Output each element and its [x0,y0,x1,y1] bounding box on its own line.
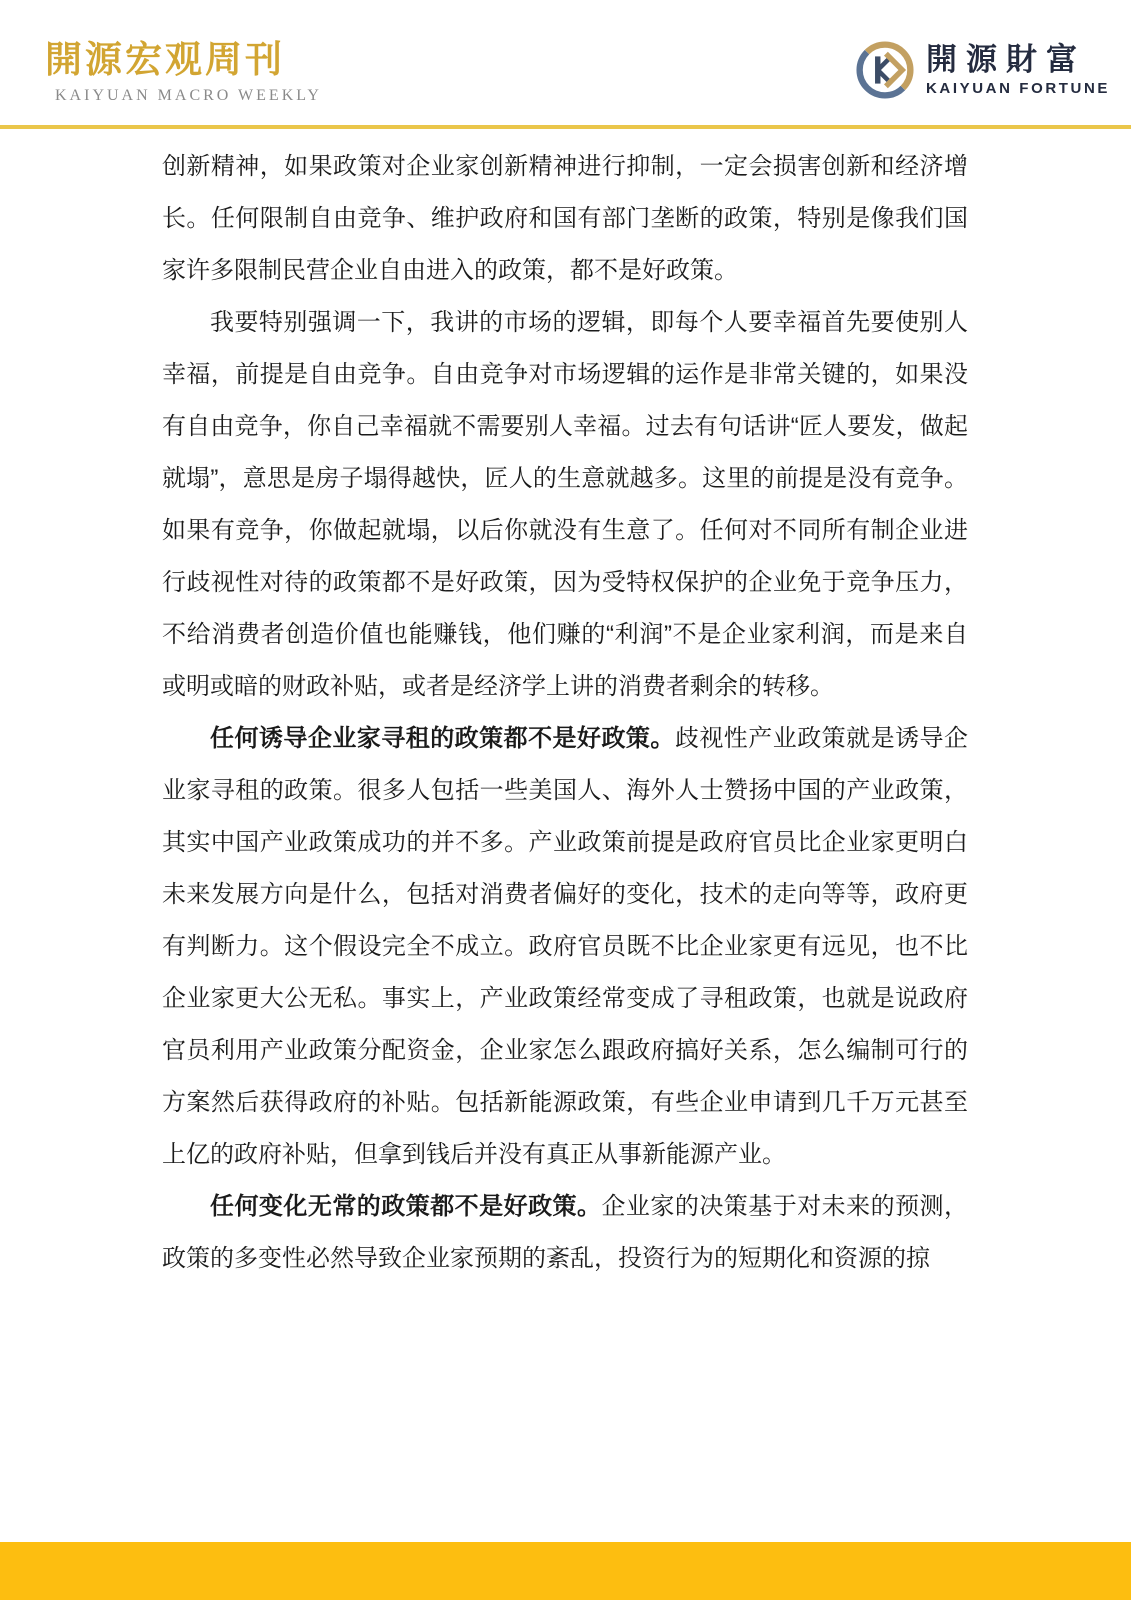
kaiyuan-logo-icon [856,40,914,100]
masthead: 開源宏观周刊 KAIYUAN MACRO WEEKLY [45,38,322,105]
paragraph: 任何变化无常的政策都不是好政策。企业家的决策基于对未来的预测，政策的多变性必然导… [162,1181,968,1285]
brand-logo: 開源財富 KAIYUAN FORTUNE [856,40,1110,100]
brand-text: 開源財富 KAIYUAN FORTUNE [926,43,1110,96]
paragraph: 任何诱导企业家寻租的政策都不是好政策。歧视性产业政策就是诱导企业家寻租的政策。很… [162,713,968,1181]
paragraph-bold-lead: 任何诱导企业家寻租的政策都不是好政策。 [210,725,675,752]
masthead-title: 開源宏观周刊 [45,38,322,84]
footer-bar [0,1542,1131,1600]
masthead-subtitle: KAIYUAN MACRO WEEKLY [55,87,322,105]
paragraph-bold-lead: 任何变化无常的政策都不是好政策。 [210,1193,601,1220]
brand-name-en: KAIYUAN FORTUNE [926,80,1110,97]
paragraph-text: 创新精神，如果政策对企业家创新精神进行抑制，一定会损害创新和经济增长。任何限制自… [162,153,968,284]
document-page: 開源宏观周刊 KAIYUAN MACRO WEEKLY 開源財富 [0,0,1131,1600]
paragraph-text: 歧视性产业政策就是诱导企业家寻租的政策。很多人包括一些美国人、海外人士赞扬中国的… [162,725,968,1168]
brand-name: 開源財富 [926,43,1110,77]
body-text: 创新精神，如果政策对企业家创新精神进行抑制，一定会损害创新和经济增长。任何限制自… [162,141,968,1285]
paragraph: 我要特别强调一下，我讲的市场的逻辑，即每个人要幸福首先要使别人幸福，前提是自由竞… [162,297,968,713]
header-divider-rule [0,125,1131,129]
paragraph: 创新精神，如果政策对企业家创新精神进行抑制，一定会损害创新和经济增长。任何限制自… [162,141,968,297]
paragraph-text: 我要特别强调一下，我讲的市场的逻辑，即每个人要幸福首先要使别人幸福，前提是自由竞… [162,309,968,700]
